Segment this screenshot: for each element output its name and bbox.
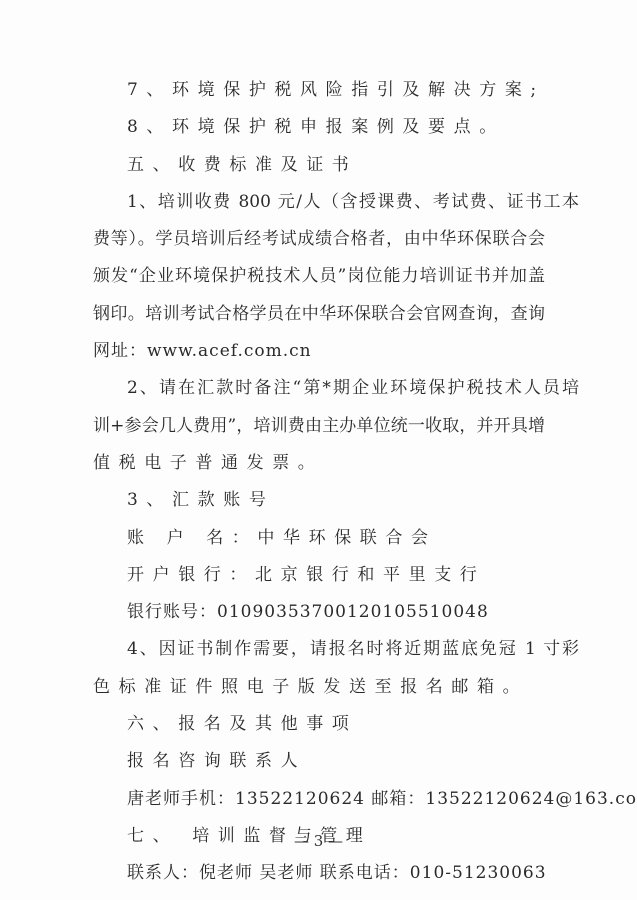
paragraph-remark-line-2: 训+参会几人费用”，培训费由主办单位统一收取，并开具增 (93, 408, 545, 445)
list-item-7: 7、环境保护税风险指引及解决方案; (93, 72, 545, 109)
list-item-8: 8、环境保护税申报案例及要点。 (93, 109, 545, 146)
registration-contact-info[interactable]: 唐老师手机：13522120624 邮箱：13522120624@163.com (93, 781, 545, 818)
paragraph-fee-line-2: 费等）。学员培训后经考试成绩合格者，由中华环保联合会 (93, 221, 545, 258)
bank-name: 开户银行：北京银行和平里支行 (93, 557, 545, 594)
paragraph-fee-line-1: 1、培训收费 800 元/人（含授课费、考试费、证书工本 (93, 184, 579, 221)
paragraph-fee-line-3: 颁发“企业环境保护税技术人员”岗位能力培训证书并加盖 (93, 258, 545, 295)
document-body: 7、环境保护税风险指引及解决方案; 8、环境保护税申报案例及要点。 五、收费标准… (93, 72, 545, 893)
remittance-heading: 3、汇款账号 (93, 482, 545, 519)
page-number: — 3 — (0, 832, 637, 850)
account-name: 账 户 名：中华环保联合会 (93, 520, 545, 557)
paragraph-photo-line-2: 色标准证件照电子版发送至报名邮箱。 (93, 669, 545, 706)
paragraph-remark-line-1: 2、请在汇款时备注“第*期企业环境保护税技术人员培 (93, 370, 579, 407)
section-heading-fees: 五、收费标准及证书 (93, 147, 545, 184)
bank-account-number: 银行账号：01090353700120105510048 (93, 594, 545, 631)
website-link[interactable]: 网址：www.acef.com.cn (93, 333, 545, 370)
section-heading-registration: 六、报名及其他事项 (93, 706, 545, 743)
supervision-contact-info: 联系人：倪老师 吴老师 联系电话：010-51230063 (93, 855, 545, 892)
paragraph-remark-line-3: 值税电子普通发票。 (93, 445, 545, 482)
paragraph-fee-line-4: 钢印。培训考试合格学员在中华环保联合会官网查询，查询 (93, 296, 545, 333)
paragraph-photo-line-1: 4、因证书制作需要，请报名时将近期蓝底免冠 1 寸彩 (93, 631, 579, 668)
registration-contact-label: 报名咨询联系人 (93, 743, 545, 780)
